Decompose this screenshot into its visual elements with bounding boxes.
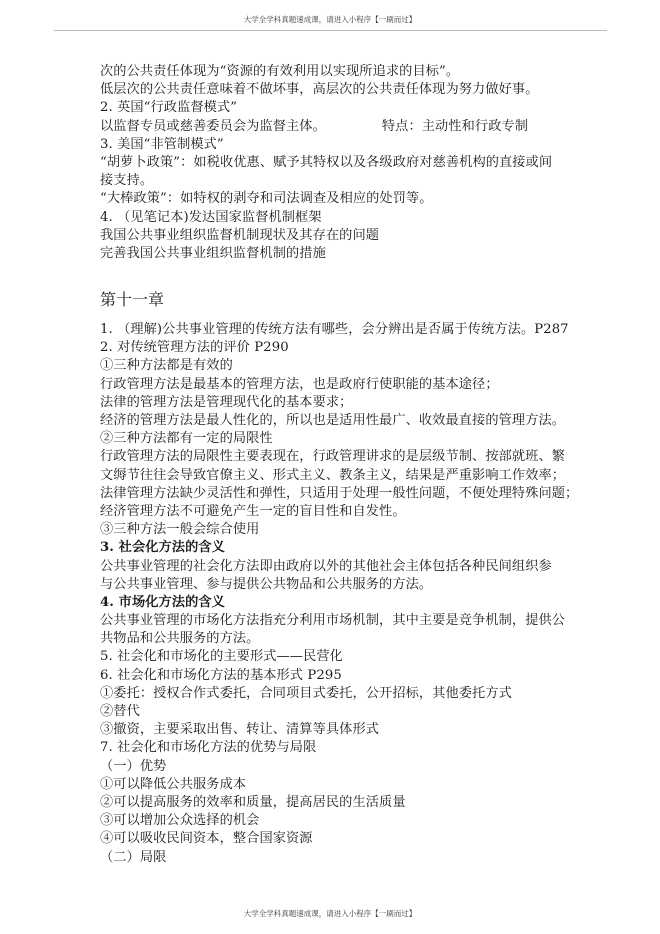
- text-line: 次的公共责任体现为“资源的有效利用以实现所追求的目标”。: [100, 63, 620, 81]
- text-line: “大棒政策”：如特权的剥夺和司法调查及相应的处罚等。: [100, 190, 620, 208]
- text-line: 2. 英国“行政监督模式”: [100, 99, 620, 117]
- text-line: 6. 社会化和市场化方法的基本形式 P295: [100, 667, 620, 685]
- text-line: ②替代: [100, 703, 620, 721]
- text-line-with-feature: 以监督专员或慈善委员会为监督主体。特点：主动性和行政专制: [100, 118, 620, 136]
- text-line: 共物品和公共服务的方法。: [100, 630, 620, 648]
- text-line: ②可以提高服务的效率和质量，提高居民的生活质量: [100, 794, 620, 812]
- header-divider: [54, 30, 607, 31]
- text-line: （一）优势: [100, 758, 620, 776]
- text-line: ①可以降低公共服务成本: [100, 776, 620, 794]
- text-line: 我国公共事业组织监督机制现状及其存在的问题: [100, 227, 620, 245]
- text-line: 1. （理解)公共事业管理的传统方法有哪些，会分辨出是否属于传统方法。P287: [100, 321, 620, 339]
- text-line: 行政管理方法是最基本的管理方法，也是政府行使职能的基本途径；: [100, 376, 620, 394]
- section-heading: 3. 社会化方法的含义: [100, 539, 620, 557]
- text-line: ②三种方法都有一定的局限性: [100, 430, 620, 448]
- text-line: 5. 社会化和市场化的主要形式——民营化: [100, 648, 620, 666]
- text-line: 文缛节往往会导致官僚主义、形式主义、教条主义，结果是严重影响工作效率；: [100, 467, 620, 485]
- chapter-title: 第十一章: [100, 289, 620, 311]
- page-footer: 大学全学科真题速成课，请进入小程序【一刷而过】: [0, 908, 660, 919]
- text-line: ③撤资，主要采取出售、转让、清算等具体形式: [100, 721, 620, 739]
- text-line: 完善我国公共事业组织监督机制的措施: [100, 245, 620, 263]
- text-line: 与公共事业管理、参与提供公共物品和公共服务的方法。: [100, 576, 620, 594]
- text-line: 接支持。: [100, 172, 620, 190]
- text-line: 公共事业管理的市场化方法指充分利用市场机制，其中主要是竞争机制，提供公: [100, 612, 620, 630]
- text-line: “胡萝卜政策”：如税收优惠、赋予其特权以及各级政府对慈善机构的直接或间: [100, 154, 620, 172]
- section-heading: 4. 市场化方法的含义: [100, 594, 620, 612]
- text-line: ④可以吸收民间资本，整合国家资源: [100, 830, 620, 848]
- text-line: 低层次的公共责任意味着不做坏事，高层次的公共责任体现为努力做好事。: [100, 81, 620, 99]
- text-line: 法律管理方法缺少灵活性和弹性，只适用于处理一般性问题，不便处理特殊问题；: [100, 485, 620, 503]
- page-header: 大学全学科真题速成课，请进入小程序【一刷而过】: [0, 14, 660, 25]
- supervision-subject-text: 以监督专员或慈善委员会为监督主体。: [100, 119, 326, 134]
- document-body: 次的公共责任体现为“资源的有效利用以实现所追求的目标”。 低层次的公共责任意味着…: [100, 63, 620, 867]
- text-line: ③可以增加公众选择的机会: [100, 812, 620, 830]
- text-line: 行政管理方法的局限性主要表现在，行政管理讲求的是层级节制、按部就班、繁: [100, 448, 620, 466]
- text-line: 公共事业管理的社会化方法即由政府以外的其他社会主体包括各种民间组织参: [100, 558, 620, 576]
- text-line: 4. （见笔记本)发达国家监督机制框架: [100, 209, 620, 227]
- text-line: 法律的管理方法是管理现代化的基本要求；: [100, 394, 620, 412]
- text-line: ③三种方法一般会综合使用: [100, 521, 620, 539]
- text-line: 经济的管理方法是最人性化的，所以也是适用性最广、收效最直接的管理方法。: [100, 412, 620, 430]
- text-line: 7. 社会化和市场化方法的优势与局限: [100, 739, 620, 757]
- text-line: 3. 美国“非管制模式”: [100, 136, 620, 154]
- text-line: ①三种方法都是有效的: [100, 357, 620, 375]
- feature-text: 特点：主动性和行政专制: [382, 119, 528, 134]
- text-line: 经济管理方法不可避免产生一定的盲目性和自发性。: [100, 503, 620, 521]
- text-line: 2. 对传统管理方法的评价 P290: [100, 339, 620, 357]
- text-line: （二）局限: [100, 849, 620, 867]
- text-line: ①委托：授权合作式委托，合同项目式委托，公开招标，其他委托方式: [100, 685, 620, 703]
